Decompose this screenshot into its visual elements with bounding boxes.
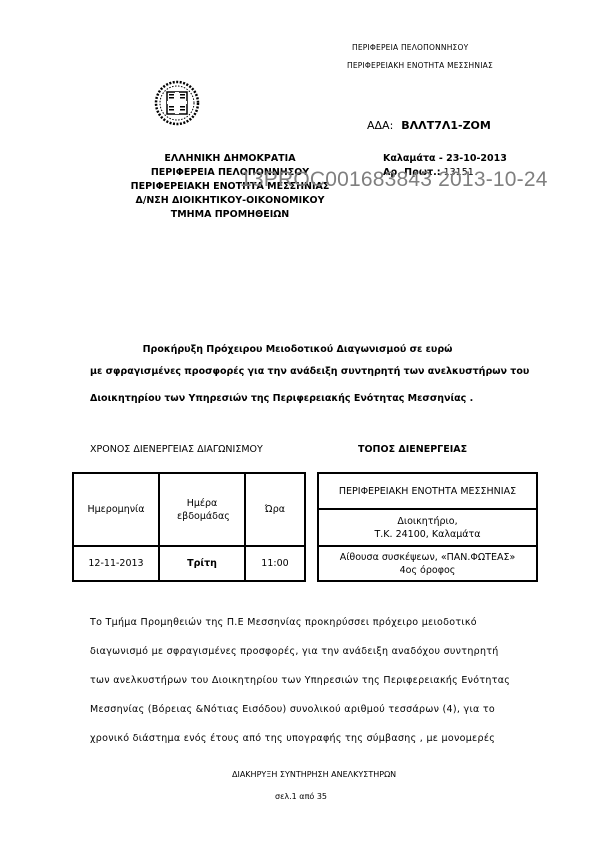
building-address: Τ.Κ. 24100, Καλαμάτα — [321, 528, 534, 541]
registry-watermark: 13PROC001683843 2013-10-24 — [240, 168, 548, 192]
ada-label: ΑΔΑ: — [367, 119, 393, 132]
room-name: Αίθουσα συσκέψεων, «ΠΑΝ.ΦΩΤΕΑΣ» — [321, 551, 534, 564]
header-weekday: Ημέρα εβδομάδας — [159, 473, 245, 546]
table-row: ΠΕΡΙΦΕΡΕΙΑΚΗ ΕΝΟΤΗΤΑ ΜΕΣΣΗΝΙΑΣ — [318, 473, 537, 509]
table-row: 12-11-2013 Τρίτη 11:00 — [73, 546, 305, 581]
cell-regional-unit: ΠΕΡΙΦΕΡΕΙΑΚΗ ΕΝΟΤΗΤΑ ΜΕΣΣΗΝΙΑΣ — [318, 473, 537, 509]
body-line: διαγωνισμό με σφραγισμένες προσφορές, γι… — [90, 646, 499, 657]
body-line: των ανελκυστήρων του Διοικητηρίου των Υπ… — [90, 675, 510, 686]
time-table: Ημερομηνία Ημέρα εβδομάδας Ώρα 12-11-201… — [72, 472, 306, 582]
title-line-2: με σφραγισμένες προσφορές για την ανάδει… — [90, 366, 529, 377]
place-date: Καλαμάτα - 23-10-2013 — [383, 152, 507, 166]
header-regional-unit-name: ΠΕΡΙΦΕΡΕΙΑΚΗ ΕΝΟΤΗΤΑ ΜΕΣΣΗΝΙΑΣ — [347, 61, 493, 70]
building-name: Διοικητήριο, — [321, 515, 534, 528]
cell-time: 11:00 — [245, 546, 305, 581]
hellenic-republic-coat-of-arms-icon — [152, 80, 202, 126]
time-section-title: ΧΡΟΝΟΣ ΔΙΕΝΕΡΓΕΙΑΣ ΔΙΑΓΩΝΙΣΜΟΥ — [90, 444, 263, 455]
room-floor: 4ος όροφος — [321, 564, 534, 577]
place-section-title: ΤΟΠΟΣ ΔΙΕΝΕΡΓΕΙΑΣ — [358, 444, 467, 455]
cell-weekday: Τρίτη — [159, 546, 245, 581]
ada-identifier: ΑΔΑ:ΒΛΛΤ7Λ1-ΖΟΜ — [367, 119, 491, 132]
ada-value: ΒΛΛΤ7Λ1-ΖΟΜ — [401, 119, 491, 132]
body-line: χρονικό διάστημα ενός έτους από της υπογ… — [90, 733, 495, 744]
cell-room: Αίθουσα συσκέψεων, «ΠΑΝ.ΦΩΤΕΑΣ» 4ος όροφ… — [318, 546, 537, 581]
table-header-row: Ημερομηνία Ημέρα εβδομάδας Ώρα — [73, 473, 305, 546]
place-table: ΠΕΡΙΦΕΡΕΙΑΚΗ ΕΝΟΤΗΤΑ ΜΕΣΣΗΝΙΑΣ Διοικητήρ… — [317, 472, 538, 582]
issuer-line: Δ/ΝΣΗ ΔΙΟΙΚΗΤΙΚΟΥ-ΟΙΚΟΝΟΜΙΚΟΥ — [130, 194, 330, 208]
title-line-1: Προκήρυξη Πρόχειρου Μειοδοτικού Διαγωνισ… — [0, 344, 595, 355]
table-row: Διοικητήριο, Τ.Κ. 24100, Καλαμάτα — [318, 509, 537, 546]
issuer-line: ΕΛΛΗΝΙΚΗ ΔΗΜΟΚΡΑΤΙΑ — [130, 152, 330, 166]
footer-title: ΔΙΑΚΗΡΥΞΗ ΣΥΝΤΗΡΗΣΗ ΑΝΕΛΚΥΣΤΗΡΩΝ — [232, 770, 396, 779]
header-region-name: ΠΕΡΙΦΕΡΕΙΑ ΠΕΛΟΠΟΝΝΗΣΟΥ — [352, 43, 468, 52]
body-line: Μεσσηνίας (Βόρειας &Νότιας Εισόδου) συνο… — [90, 704, 495, 715]
header-time: Ώρα — [245, 473, 305, 546]
cell-date: 12-11-2013 — [73, 546, 159, 581]
issuer-line: ΤΜΗΜΑ ΠΡΟΜΗΘΕΙΩΝ — [130, 208, 330, 222]
header-date: Ημερομηνία — [73, 473, 159, 546]
cell-building: Διοικητήριο, Τ.Κ. 24100, Καλαμάτα — [318, 509, 537, 546]
table-row: Αίθουσα συσκέψεων, «ΠΑΝ.ΦΩΤΕΑΣ» 4ος όροφ… — [318, 546, 537, 581]
body-line: Το Τμήμα Προμηθειών της Π.Ε Μεσσηνίας πρ… — [90, 617, 477, 628]
title-line-3: Διοικητηρίου των Υπηρεσιών της Περιφερει… — [90, 393, 473, 404]
page-number: σελ.1 από 35 — [275, 792, 327, 801]
